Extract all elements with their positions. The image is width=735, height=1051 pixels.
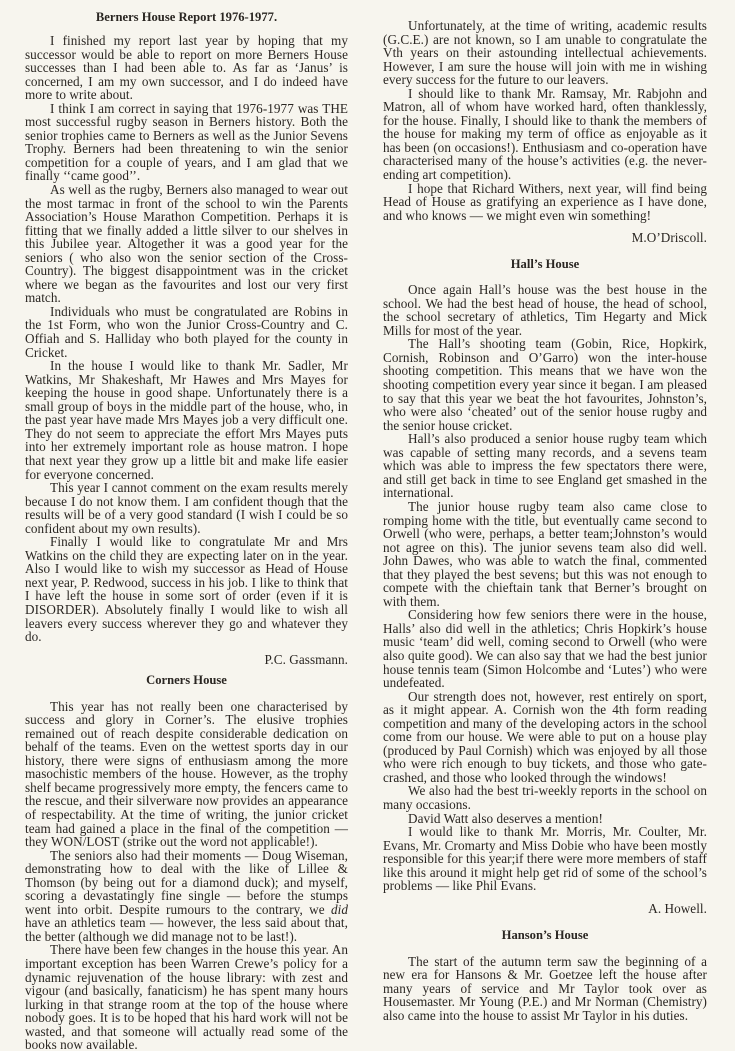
corners-paragraph: I should like to thank Mr. Ramsay, Mr. R… — [383, 87, 707, 182]
corners-heading: Corners House — [25, 673, 348, 687]
document-page: Berners House Report 1976-1977. I finish… — [0, 0, 735, 1051]
hansons-heading: Hanson’s House — [383, 928, 707, 942]
berners-paragraph: I think I am correct in saying that 1976… — [25, 102, 348, 183]
berners-paragraph: As well as the rugby, Berners also manag… — [25, 183, 348, 305]
corners-paragraph: This year has not really been one charac… — [25, 700, 348, 849]
corners-paragraph: Unfortunately, at the time of writing, a… — [383, 19, 707, 87]
corners-paragraph: There have been few changes in the house… — [25, 943, 348, 1051]
halls-signature: A. Howell. — [383, 902, 707, 916]
berners-paragraph: This year I cannot comment on the exam r… — [25, 481, 348, 535]
berners-paragraph: In the house I would like to thank Mr. S… — [25, 359, 348, 481]
berners-paragraph: Finally I would like to congratulate Mr … — [25, 535, 348, 643]
halls-paragraph: The junior house rugby team also came cl… — [383, 500, 707, 608]
berners-paragraph: Individuals who must be congratulated ar… — [25, 305, 348, 359]
right-column: Unfortunately, at the time of writing, a… — [383, 0, 707, 1023]
halls-paragraph: Once again Hall’s house was the best hou… — [383, 283, 707, 337]
left-column: Berners House Report 1976-1977. I finish… — [25, 0, 348, 1051]
berners-paragraph: I finished my report last year by hoping… — [25, 34, 348, 102]
corners-seniors-text-end: have an athletics team — however, the le… — [25, 915, 348, 944]
corners-paragraph: I hope that Richard Withers, next year, … — [383, 182, 707, 223]
hansons-paragraph: The start of the autumn term saw the beg… — [383, 955, 707, 1023]
halls-paragraph: Our strength does not, however, rest ent… — [383, 690, 707, 785]
corners-paragraph-seniors: The seniors also had their moments — Dou… — [25, 849, 348, 944]
halls-paragraph: David Watt also deserves a mention! — [383, 812, 707, 826]
berners-heading: Berners House Report 1976-1977. — [25, 10, 348, 24]
halls-paragraph: We also had the best tri-weekly reports … — [383, 784, 707, 811]
halls-paragraph: Hall’s also produced a senior house rugb… — [383, 432, 707, 500]
halls-paragraph: Considering how few seniors there were i… — [383, 608, 707, 689]
halls-paragraph: The Hall’s shooting team (Gobin, Rice, H… — [383, 337, 707, 432]
corners-seniors-text: The seniors also had their moments — Dou… — [25, 848, 348, 917]
berners-signature: P.C. Gassmann. — [25, 653, 348, 667]
halls-paragraph: I would like to thank Mr. Morris, Mr. Co… — [383, 825, 707, 893]
halls-heading: Hall’s House — [383, 257, 707, 271]
corners-signature: M.O’Driscoll. — [383, 231, 707, 245]
